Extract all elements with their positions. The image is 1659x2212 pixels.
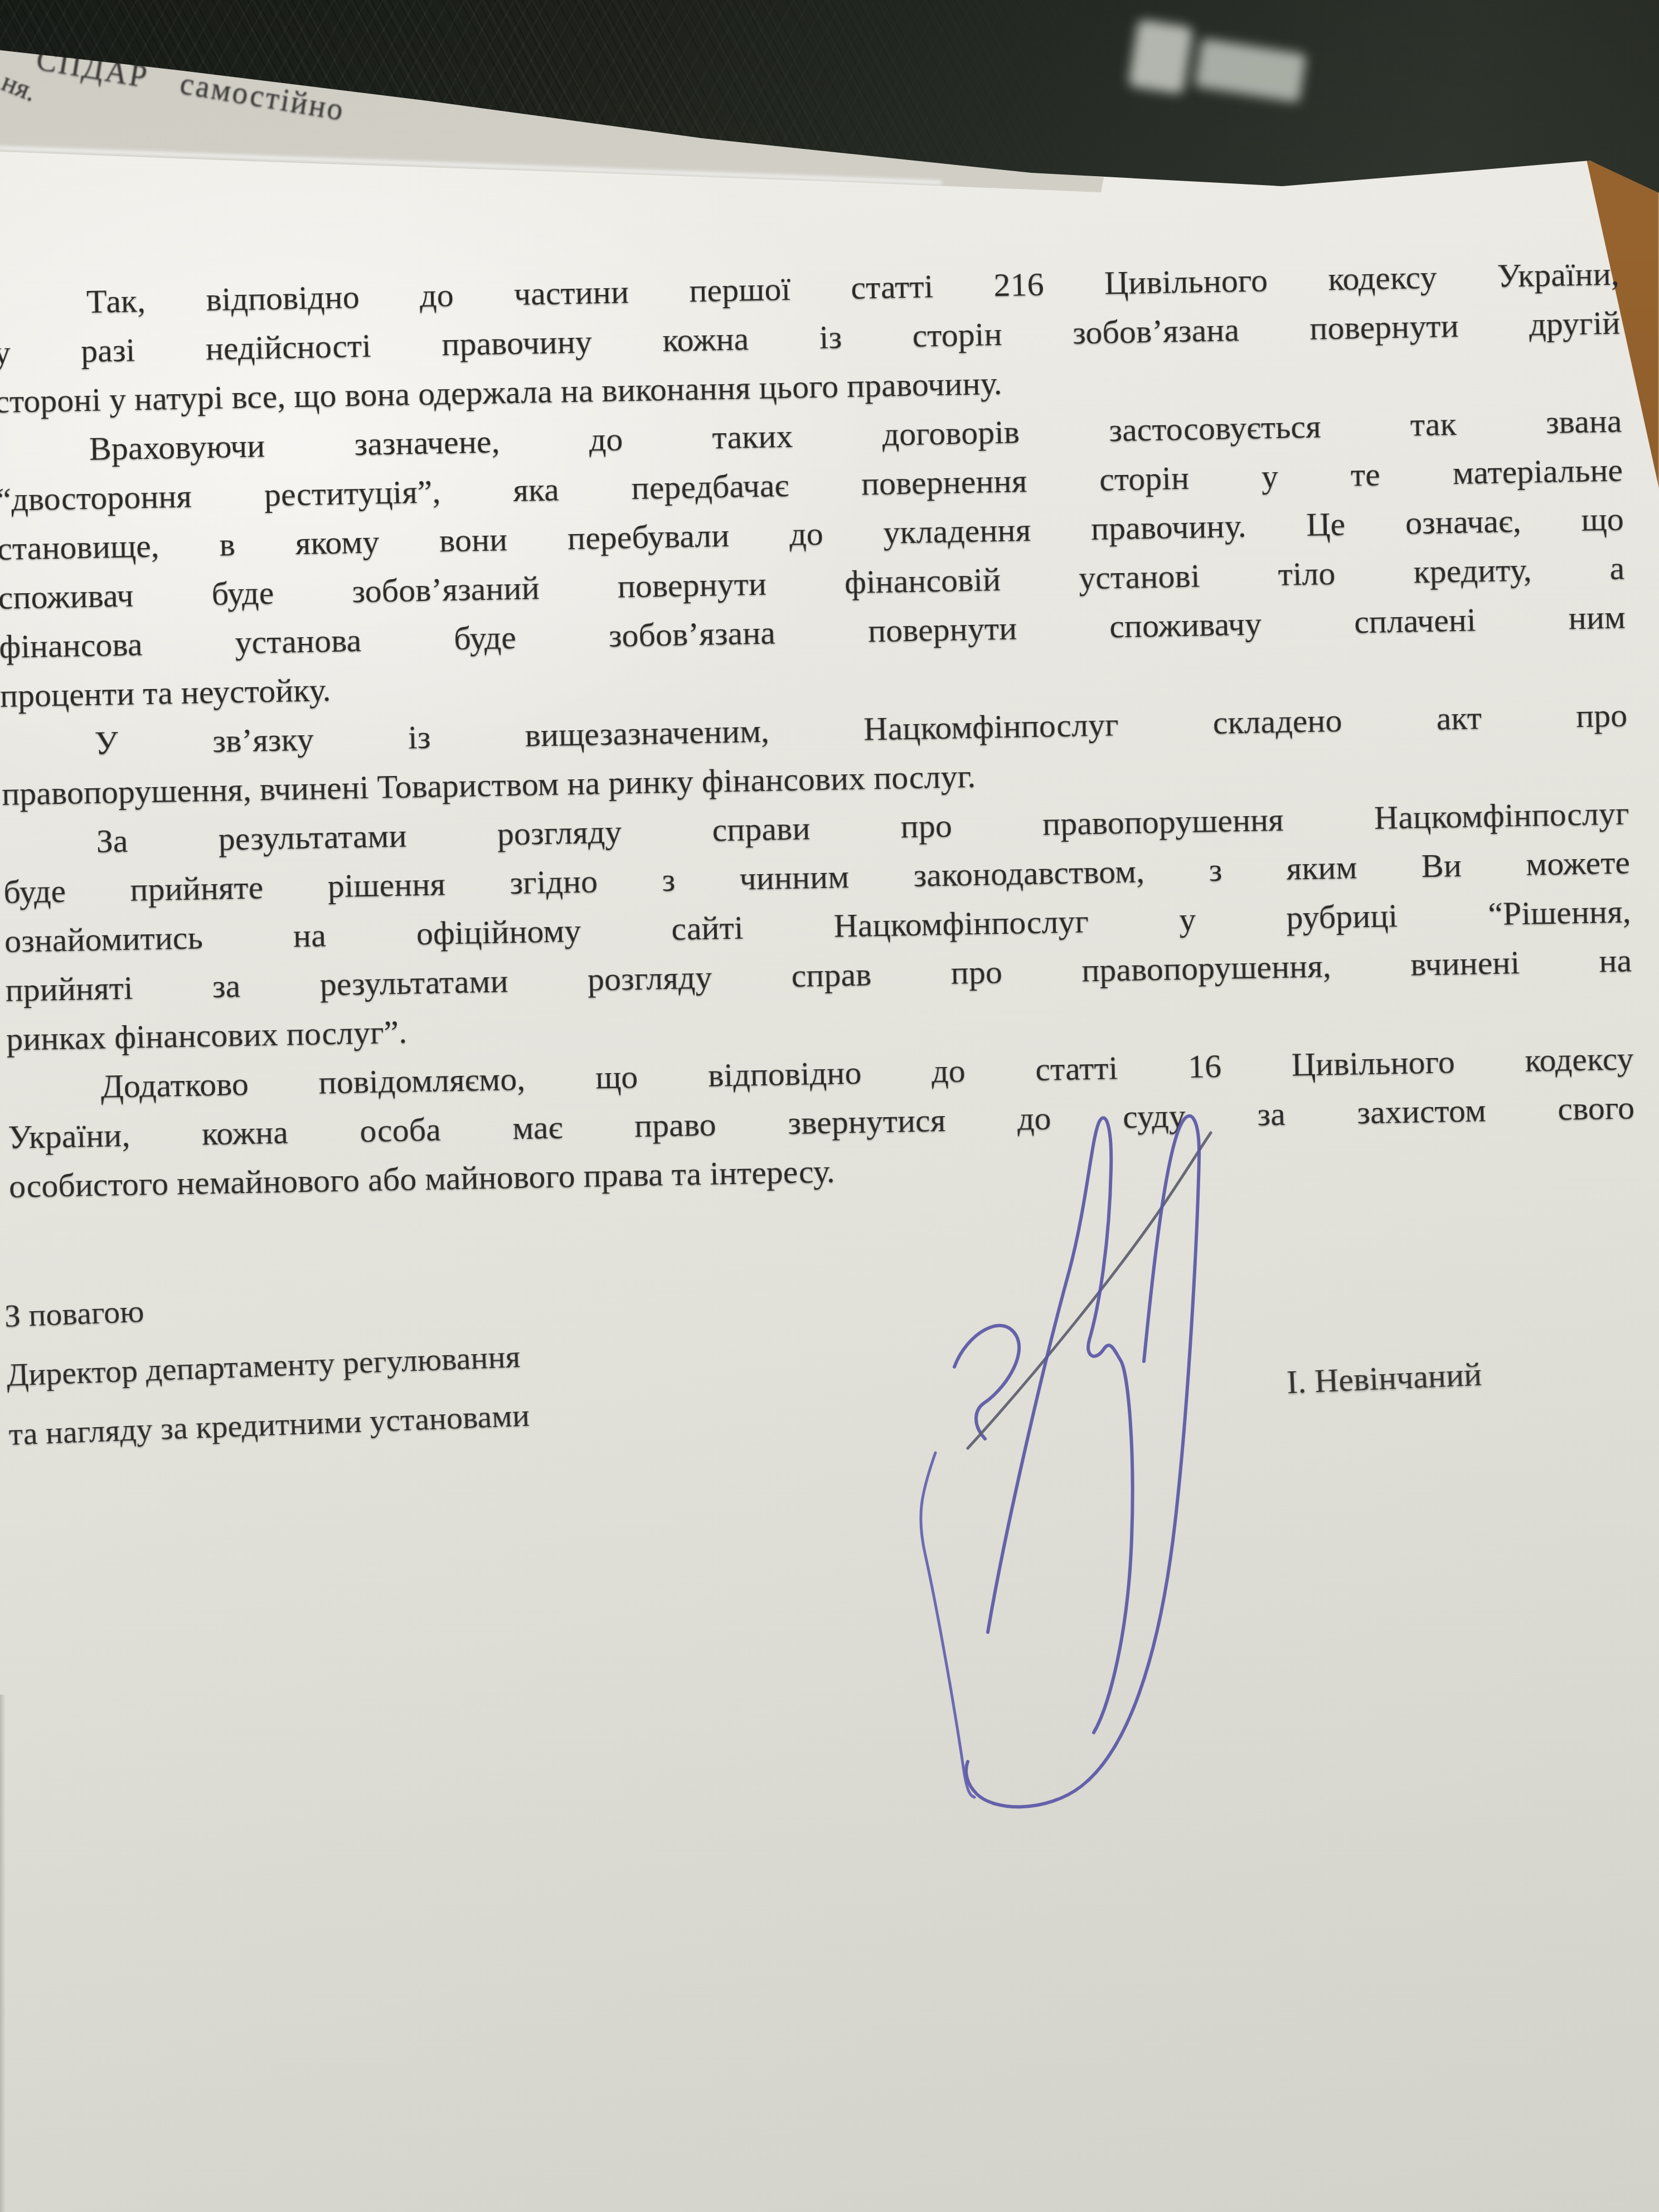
document-photo: ня. СПДАР самостійно використан Так, від… — [0, 0, 1659, 2212]
signature-stroke — [968, 1133, 1211, 1448]
signature-stroke — [966, 1116, 1199, 1807]
paper-left-edge — [0, 1695, 6, 2212]
signature-stroke — [954, 1326, 1019, 1439]
signature-stroke — [988, 1118, 1133, 1733]
signature-stroke — [921, 1453, 974, 1797]
handwritten-signature — [0, 0, 1659, 2212]
